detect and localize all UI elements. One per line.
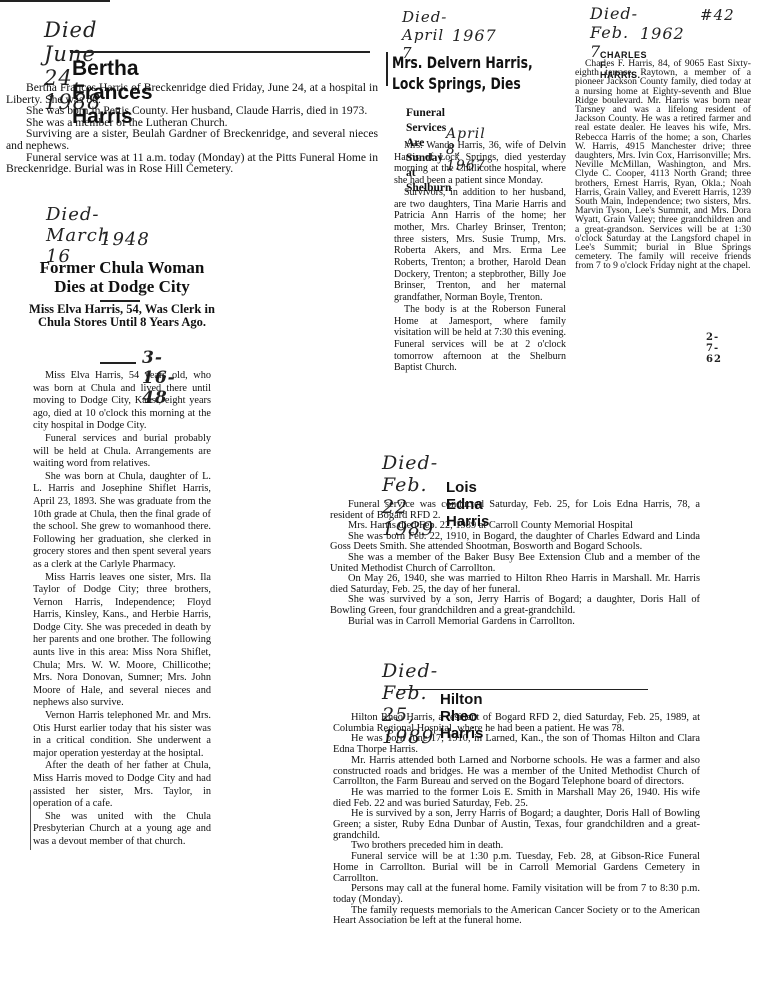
divider-line <box>100 362 136 364</box>
paragraph: Funeral service was at 11 a.m. today (Mo… <box>6 152 378 175</box>
paragraph: The body is at the Roberson Funeral Home… <box>394 304 566 374</box>
scan-edge-line <box>0 0 110 2</box>
headline-line: Mrs. Delvern Harris, <box>392 52 533 73</box>
paragraph: Survivors, in addition to her husband, a… <box>394 187 566 304</box>
paragraph: Surviving are a sister, Beulah Gardner o… <box>6 128 378 151</box>
paragraph: Vernon Harris telephoned Mr. and Mrs. Ot… <box>33 710 211 760</box>
handwritten-death-year: 1948 <box>100 229 150 250</box>
obituary-body: Mrs. Wanda Harris, 36, wife of Delvin Ha… <box>394 140 566 374</box>
divider-line <box>70 51 370 53</box>
paragraph: Bertha Frances Harris of Breckenridge di… <box>6 82 378 105</box>
paragraph: Funeral services and burial probably wil… <box>33 433 211 471</box>
paragraph: On May 26, 1940, she was married to Hilt… <box>330 574 700 595</box>
paragraph: She was born at Chula, daughter of L. L.… <box>33 471 211 572</box>
paragraph: Miss Elva Harris, 54 years old, who was … <box>33 370 211 433</box>
handwritten-file-number: #42 <box>700 6 735 24</box>
paragraph: The family requests memorials to the Ame… <box>333 906 700 927</box>
paragraph: Burial was in Carroll Memorial Gardens i… <box>330 617 700 628</box>
obituary-body: Bertha Frances Harris of Breckenridge di… <box>6 82 378 175</box>
paragraph: Persons may call at the funeral home. Fa… <box>333 884 700 905</box>
paragraph: She was survived by a son, Jerry Harris … <box>330 595 700 616</box>
handwritten-death-year: 1962 <box>640 24 685 43</box>
paragraph: He was married to the former Lois E. Smi… <box>333 788 700 809</box>
obituary-subheadline: Miss Elva Harris, 54, Was Clerk in Chula… <box>22 303 222 329</box>
obituary-body: Hilton Rheo Harris, a resident of Bogard… <box>333 713 700 927</box>
headline-line: Lock Springs, Dies <box>392 73 533 94</box>
obituary-headline: Former Chula Woman Dies at Dodge City <box>22 258 222 296</box>
paragraph: Charles F. Harris, 84, of 9065 East Sixt… <box>575 59 751 271</box>
handwritten-death-year: 1967 <box>452 26 497 45</box>
paragraph: He was born June 17, 1910, in Larned, Ka… <box>333 734 700 755</box>
paragraph: She was united with the Chula Presbyteri… <box>33 811 211 849</box>
obituary-body: Miss Elva Harris, 54 years old, who was … <box>33 370 211 849</box>
obituary-headline: Mrs. Delvern Harris, Lock Springs, Dies <box>392 52 533 94</box>
paragraph: After the death of her father at Chula, … <box>33 760 211 810</box>
divider-line <box>398 689 648 690</box>
paragraph: Hilton Rheo Harris, a resident of Bogard… <box>333 713 700 734</box>
paragraph: She was born Feb. 22, 1910, in Bogard, t… <box>330 532 700 553</box>
paragraph: She was a member of the Baker Busy Bee E… <box>330 553 700 574</box>
paragraph: Miss Harris leaves one sister, Mrs. Ila … <box>33 572 211 711</box>
paragraph: Mrs. Wanda Harris, 36, wife of Delvin Ha… <box>394 140 566 187</box>
obituary-body: Funeral service was conducted Saturday, … <box>330 500 700 627</box>
paragraph: Funeral service was conducted Saturday, … <box>330 500 700 521</box>
clipping-edge <box>386 52 388 86</box>
paragraph: He is survived by a son, Jerry Harris of… <box>333 809 700 841</box>
obituary-body: Charles F. Harris, 84, of 9065 East Sixt… <box>575 59 751 271</box>
paragraph: Mr. Harris attended both Larned and Norb… <box>333 756 700 788</box>
paragraph: Funeral service will be at 1:30 p.m. Tue… <box>333 852 700 884</box>
handwritten-date-stamp: 2-7-62 <box>706 332 722 365</box>
clipping-edge <box>30 790 31 850</box>
